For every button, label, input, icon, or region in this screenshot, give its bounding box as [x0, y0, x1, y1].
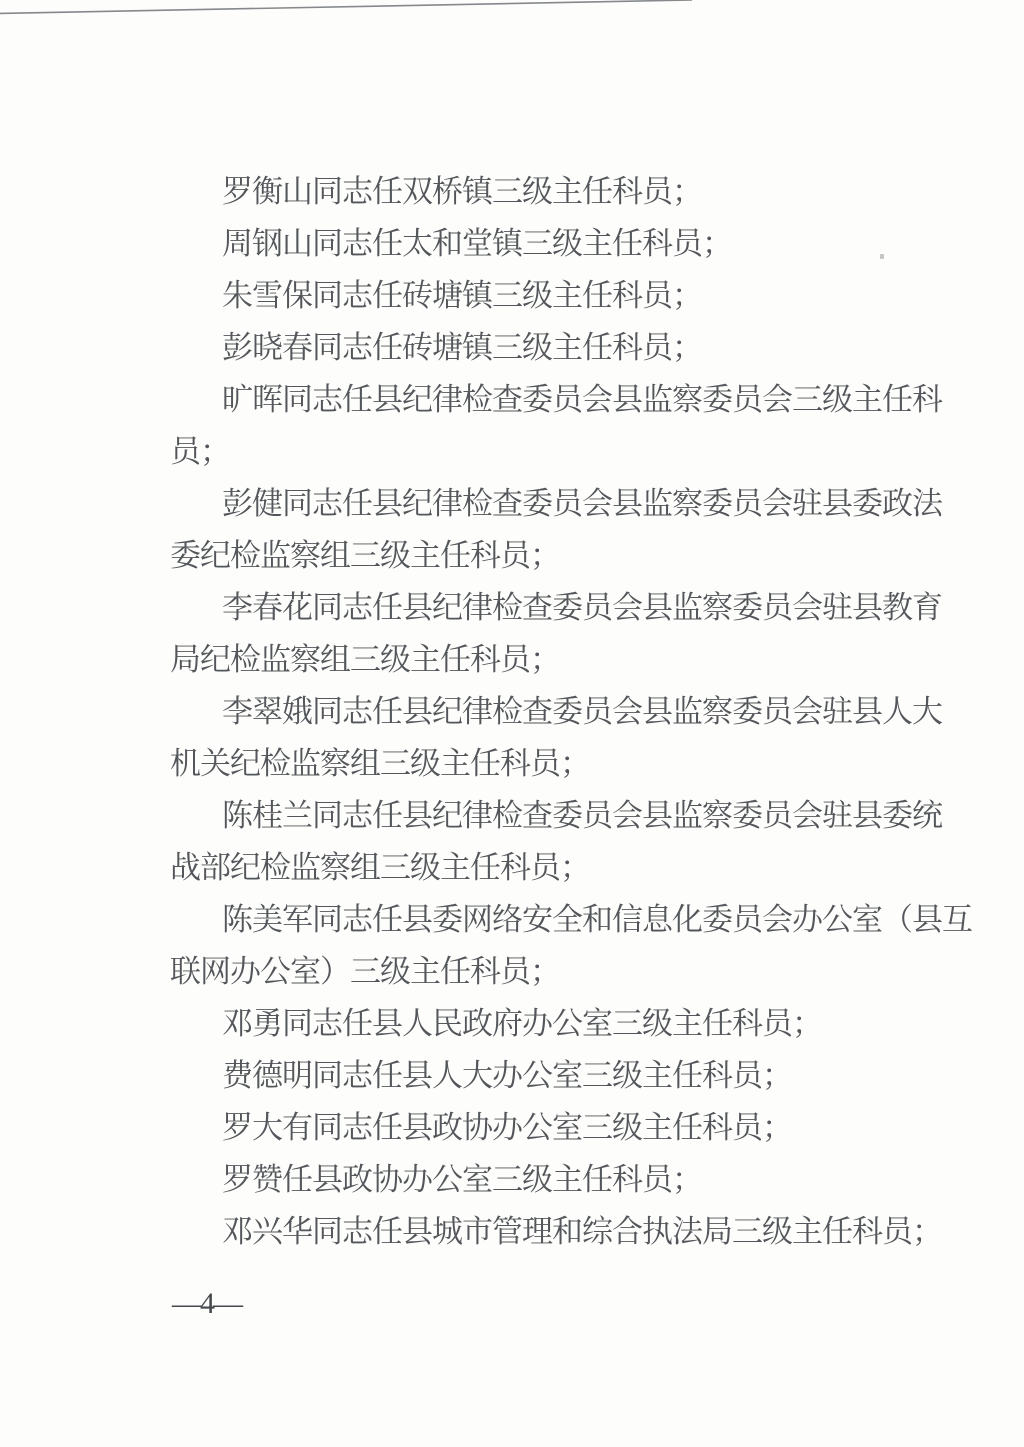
document-line: 罗大有同志任县政协办公室三级主任科员； [170, 1102, 916, 1154]
scanned-document-page: 罗衡山同志任双桥镇三级主任科员；周钢山同志任太和堂镇三级主任科员；朱雪保同志任砖… [0, 0, 1024, 1447]
document-line: 李翠娥同志任县纪律检查委员会县监察委员会驻县人大 [170, 686, 916, 738]
document-line: 陈桂兰同志任县纪律检查委员会县监察委员会驻县委统 [170, 790, 916, 842]
document-line: 朱雪保同志任砖塘镇三级主任科员； [170, 270, 916, 322]
document-body: 罗衡山同志任双桥镇三级主任科员；周钢山同志任太和堂镇三级主任科员；朱雪保同志任砖… [170, 166, 916, 1258]
document-line: 彭健同志任县纪律检查委员会县监察委员会驻县委政法 [170, 478, 916, 530]
document-line: 周钢山同志任太和堂镇三级主任科员； [170, 218, 916, 270]
document-line: 邓勇同志任县人民政府办公室三级主任科员； [170, 998, 916, 1050]
document-line: 战部纪检监察组三级主任科员； [170, 842, 916, 894]
document-line: 委纪检监察组三级主任科员； [170, 530, 916, 582]
document-line: 彭晓春同志任砖塘镇三级主任科员； [170, 322, 916, 374]
document-line: 员； [170, 426, 916, 478]
page-number: —4— [172, 1286, 241, 1322]
document-line: 费德明同志任县人大办公室三级主任科员； [170, 1050, 916, 1102]
document-line: 罗衡山同志任双桥镇三级主任科员； [170, 166, 916, 218]
document-line: 邓兴华同志任县城市管理和综合执法局三级主任科员； [170, 1206, 916, 1258]
document-line: 联网办公室）三级主任科员； [170, 946, 916, 998]
document-line: 机关纪检监察组三级主任科员； [170, 738, 916, 790]
document-line: 陈美军同志任县委网络安全和信息化委员会办公室（县互 [170, 894, 916, 946]
document-line: 局纪检监察组三级主任科员； [170, 634, 916, 686]
scan-edge-artifact [0, 0, 1024, 20]
document-line: 罗赞任县政协办公室三级主任科员； [170, 1154, 916, 1206]
document-line: 李春花同志任县纪律检查委员会县监察委员会驻县教育 [170, 582, 916, 634]
document-line: 旷晖同志任县纪律检查委员会县监察委员会三级主任科 [170, 374, 916, 426]
